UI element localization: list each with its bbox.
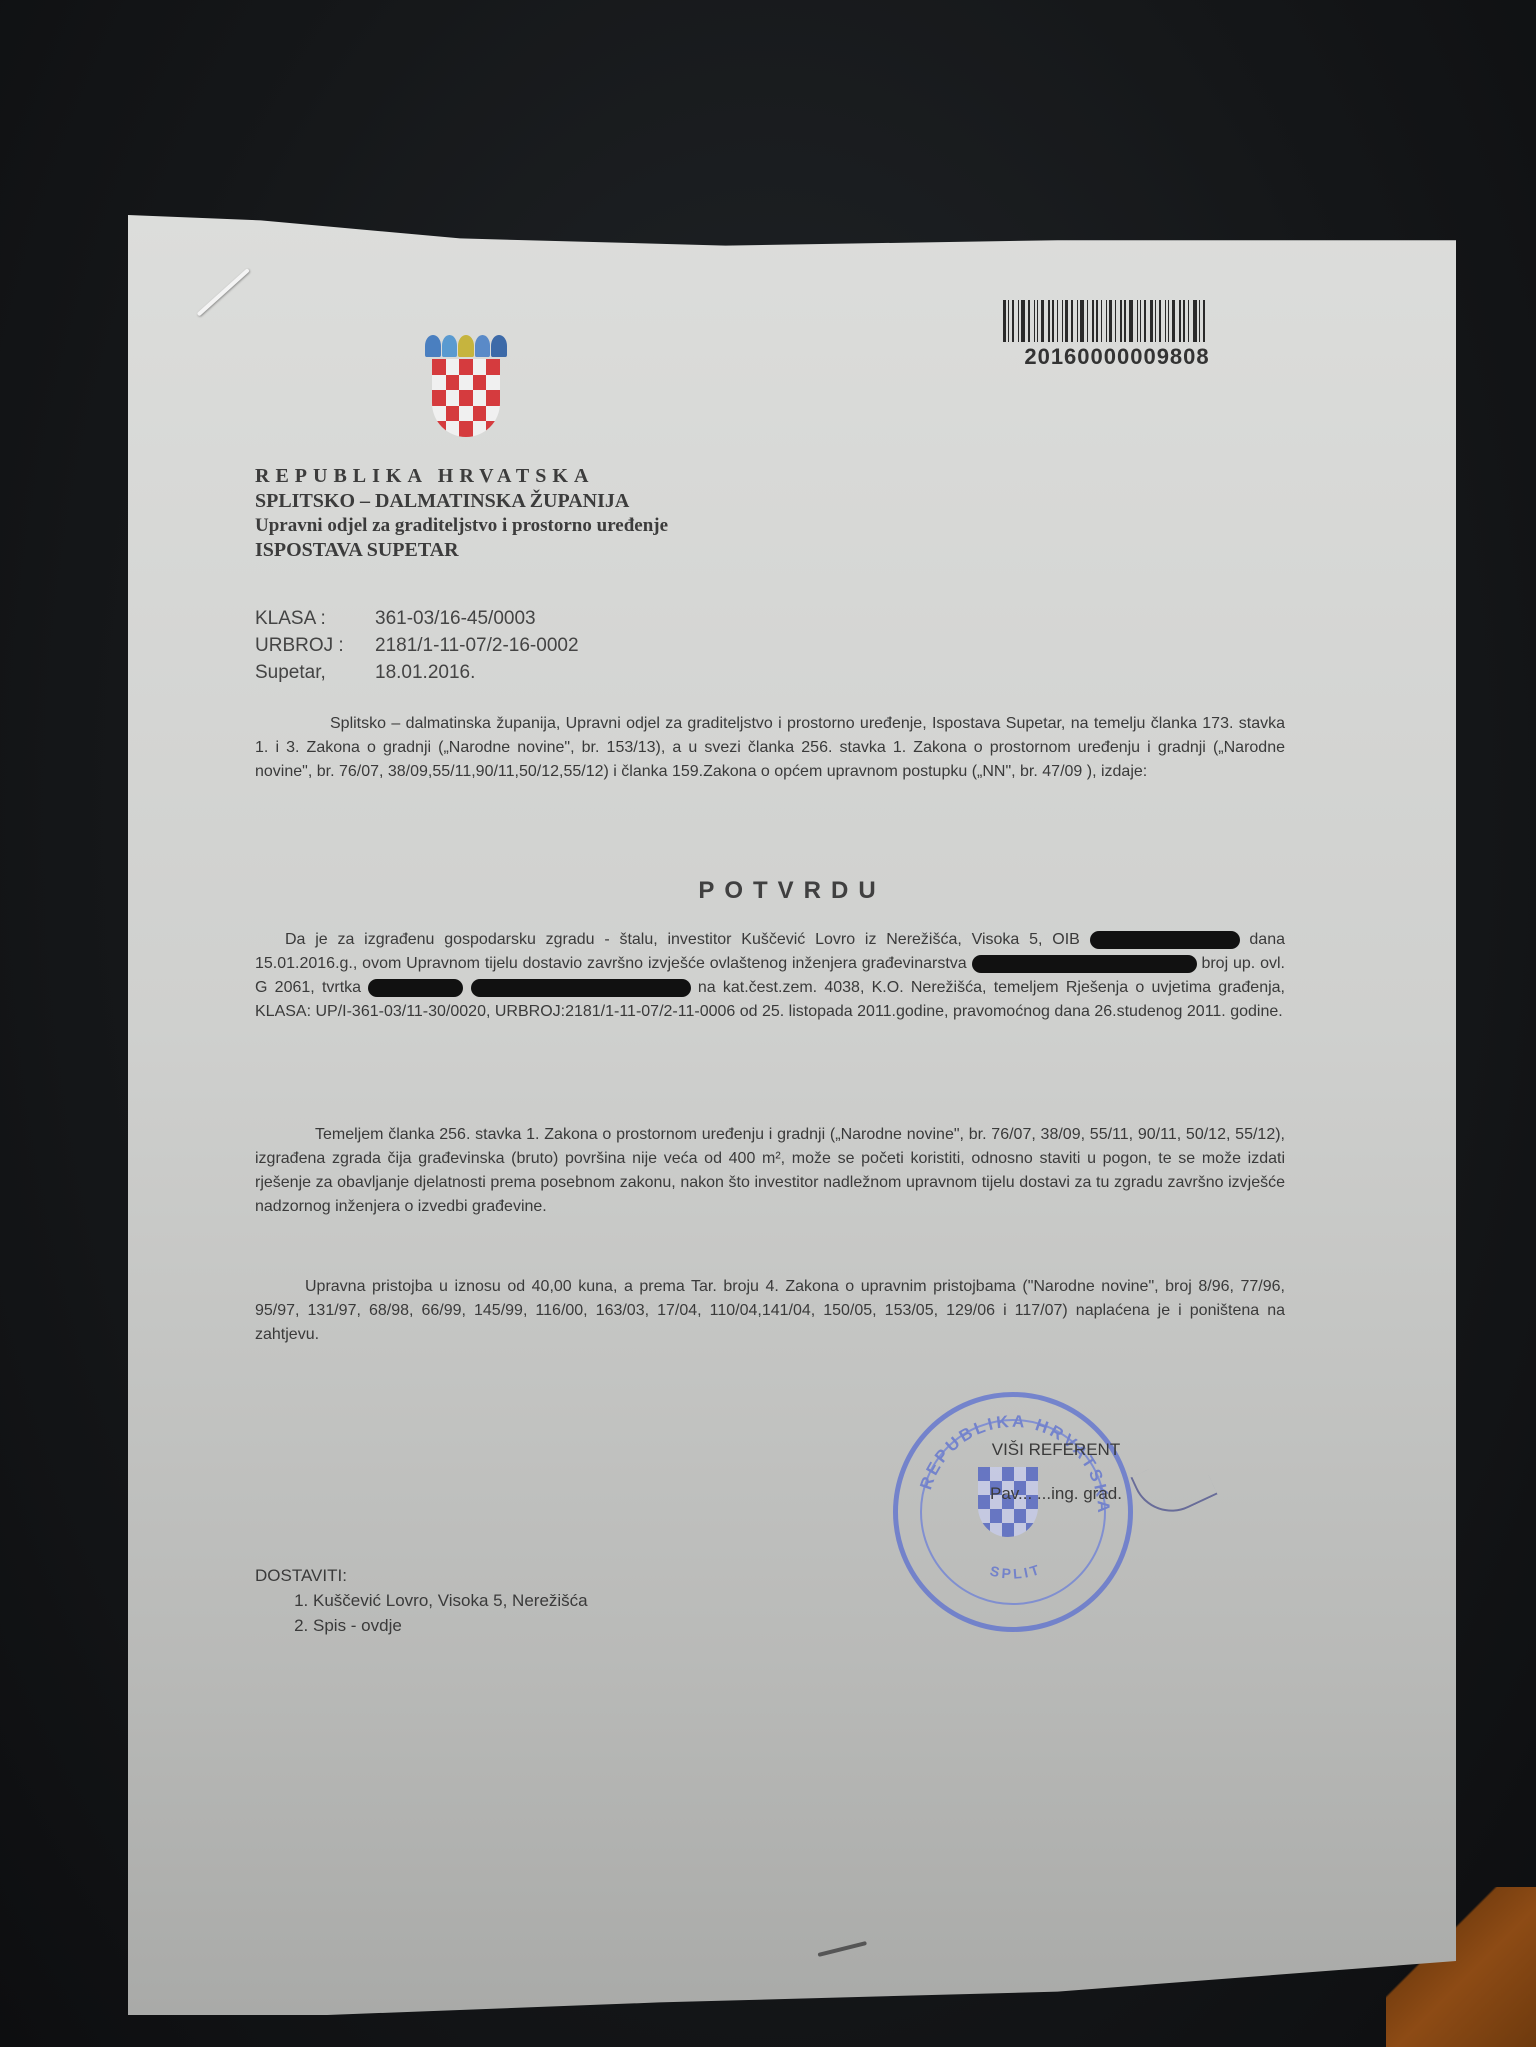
urbroj-label: URBROJ : [255, 632, 375, 659]
klasa-value: 361-03/16-45/0003 [375, 605, 536, 632]
fee-paragraph: Upravna pristojba u iznosu od 40,00 kuna… [255, 1275, 1285, 1347]
county-name: SPLITSKO – DALMATINSKA ŽUPANIJA [255, 490, 668, 513]
reference-block: KLASA :361-03/16-45/0003 URBROJ :2181/1-… [255, 605, 579, 686]
klasa-label: KLASA : [255, 605, 375, 632]
country-name: REPUBLIKA HRVATSKA [255, 465, 668, 488]
department-name: Upravni odjel za graditeljstvo i prostor… [255, 515, 668, 537]
legal-basis-paragraph: Temeljem članka 256. stavka 1. Zakona o … [255, 1123, 1285, 1219]
svg-text:SPLIT: SPLIT [989, 1561, 1044, 1582]
issuer-header: REPUBLIKA HRVATSKA SPLITSKO – DALMATINSK… [255, 465, 668, 562]
barcode-number: 20160000009808 [1003, 344, 1231, 370]
urbroj-value: 2181/1-11-07/2-16-0002 [375, 632, 579, 659]
barcode: 20160000009808 [1003, 300, 1231, 370]
signatory-title: VIŠI REFERENT [990, 1440, 1122, 1460]
document-page: 20160000009808 REPUBLIKA HRVATSKA SPLITS… [128, 215, 1456, 2015]
office-name: ISPOSTAVA SUPETAR [255, 539, 668, 562]
coat-of-arms-icon [425, 335, 507, 445]
document-title: POTVRDU [128, 877, 1456, 905]
delivery-label: DOSTAVITI: [255, 1563, 588, 1588]
date-value: 18.01.2016. [375, 659, 475, 686]
checkerboard-shield-icon [432, 359, 500, 437]
delivery-item: Spis - ovdje [313, 1613, 588, 1638]
handwritten-signature [1130, 1447, 1217, 1525]
staple-bottom [818, 1941, 867, 1957]
barcode-bars [1003, 300, 1231, 342]
intro-paragraph: Splitsko – dalmatinska županija, Upravni… [255, 712, 1285, 784]
redaction-oib [1090, 931, 1240, 949]
signature-block: VIŠI REFERENT Pav... ...ing. grad. [990, 1440, 1122, 1504]
delivery-item: Kuščević Lovro, Visoka 5, Nerežišća [313, 1588, 588, 1613]
redaction-company-2 [471, 979, 691, 997]
signatory-name: Pav... ...ing. grad. [990, 1484, 1122, 1504]
redaction-company-1 [368, 979, 463, 997]
confirmation-paragraph: Da je za izgrađenu gospodarsku zgradu - … [255, 928, 1285, 1024]
para2-text-1: Da je za izgrađenu gospodarsku zgradu - … [285, 931, 1080, 948]
delivery-list: DOSTAVITI: Kuščević Lovro, Visoka 5, Ner… [255, 1563, 588, 1638]
staple-top [197, 268, 250, 316]
stamp-ring-text: REPUBLIKA HRVATSKA SPLIT [898, 1397, 1128, 1627]
place-label: Supetar, [255, 659, 375, 686]
redaction-engineer [972, 955, 1197, 973]
crown-icon [425, 335, 507, 357]
official-stamp: REPUBLIKA HRVATSKA SPLIT [893, 1392, 1133, 1632]
